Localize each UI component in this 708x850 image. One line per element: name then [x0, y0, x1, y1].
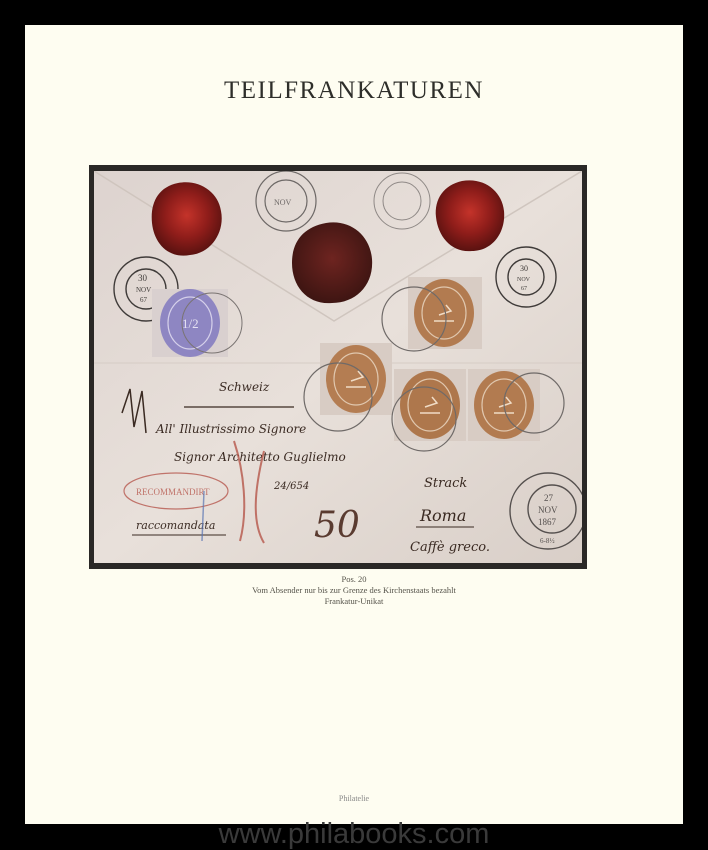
- svg-text:All' Illustrissimo Signore: All' Illustrissimo Signore: [155, 422, 306, 436]
- svg-text:NOV: NOV: [136, 286, 151, 294]
- svg-text:Caffè greco.: Caffè greco.: [410, 540, 490, 555]
- photo-caption: Pos. 20 Vom Absender nur bis zur Grenze …: [25, 574, 683, 607]
- svg-text:Strack: Strack: [424, 476, 467, 491]
- wax-seal-icon: [436, 180, 504, 251]
- svg-text:27: 27: [544, 493, 554, 503]
- svg-text:1867: 1867: [538, 517, 557, 527]
- page-title: TEILFRANKATUREN: [25, 77, 683, 105]
- postmark-icon: NOV: [256, 171, 316, 231]
- catalog-page: TEILFRANKATUREN: [25, 25, 683, 824]
- footer-label: Philatelie: [25, 794, 683, 803]
- svg-text:24/654: 24/654: [273, 481, 309, 492]
- svg-text:6-8½: 6-8½: [540, 537, 555, 545]
- svg-text:30: 30: [138, 273, 148, 283]
- svg-text:Roma: Roma: [419, 506, 466, 525]
- wax-seal-icon: [152, 182, 222, 255]
- svg-text:Schweiz: Schweiz: [219, 380, 270, 394]
- cover-illustration: NOV 30 NOV 67 30 NOV 67: [94, 171, 582, 563]
- svg-text:50: 50: [314, 505, 360, 546]
- svg-text:NOV: NOV: [538, 505, 558, 515]
- svg-text:30: 30: [520, 264, 528, 273]
- caption-line2: Frankatur-Unikat: [25, 596, 683, 607]
- svg-text:NOV: NOV: [274, 198, 292, 207]
- caption-position: Pos. 20: [25, 574, 683, 585]
- caption-line1: Vom Absender nur bis zur Grenze des Kirc…: [25, 585, 683, 596]
- watermark-link[interactable]: www.philabooks.com: [25, 818, 683, 850]
- svg-text:NOV: NOV: [517, 277, 531, 283]
- wax-seal-icon: [292, 222, 372, 303]
- svg-text:67: 67: [140, 296, 148, 304]
- svg-text:Signor Architetto Guglielmo: Signor Architetto Guglielmo: [174, 450, 346, 464]
- svg-text:RECOMMANDIRT: RECOMMANDIRT: [136, 487, 210, 497]
- svg-text:67: 67: [521, 286, 527, 292]
- brown-stamp: [320, 343, 392, 415]
- cover-photo: NOV 30 NOV 67 30 NOV 67: [89, 165, 587, 569]
- brown-stamp: [394, 369, 466, 441]
- svg-text:1/2: 1/2: [182, 316, 199, 331]
